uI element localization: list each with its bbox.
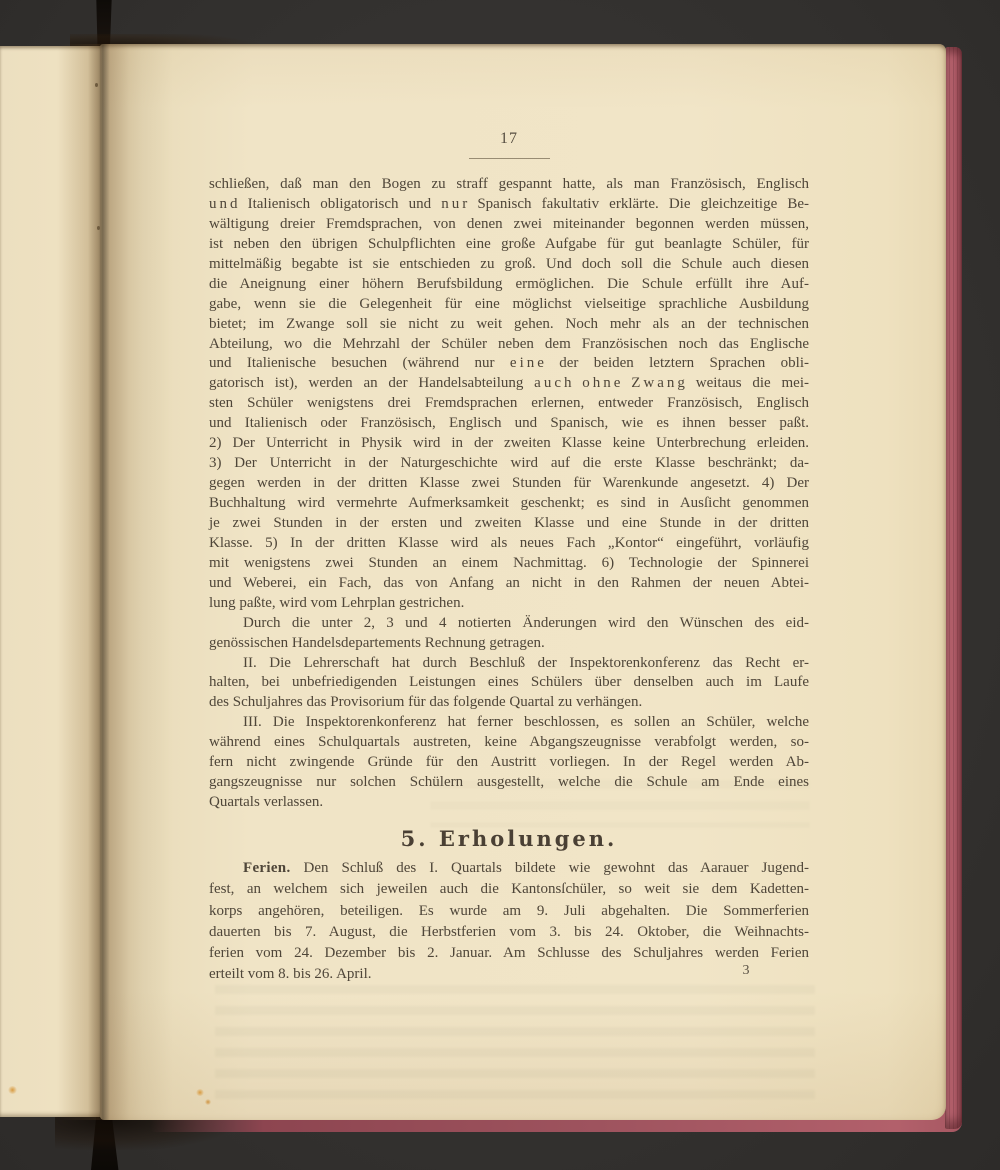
left-page-text-fragment: a bbox=[0, 942, 5, 959]
left-page-text-fragment: e bbox=[0, 879, 5, 896]
page-number-rule bbox=[469, 158, 550, 159]
text-line: II. Die Lehrerschaft hat durch Beschluß … bbox=[209, 654, 809, 674]
ferien-lead-word: Ferien. bbox=[243, 860, 291, 876]
text-line: gangszeugnisse nur solchen Schülern ausg… bbox=[209, 773, 809, 793]
text-line: fern nicht zwingende Gründe für den Aust… bbox=[209, 753, 809, 773]
text-line: mittelmäßig begabte ist sie entschieden … bbox=[209, 255, 809, 275]
text-line: 2) Der Unterricht in Physik wird in der … bbox=[209, 434, 809, 454]
text-line: ist neben den übrigen Schulpflichten ein… bbox=[209, 235, 809, 255]
page-number: 17 bbox=[209, 130, 809, 148]
left-page-text-fragment: t bbox=[0, 963, 5, 980]
text-line: schließen, daß man den Bogen zu straff g… bbox=[209, 175, 809, 195]
book-scan-photo: 17 schließen, daß man den Bogen zu straf… bbox=[0, 0, 1000, 1170]
text-line: die Aneignung einer höhern Berufsbildung… bbox=[209, 275, 809, 295]
text-line: des Schuljahres das Provisorium für das … bbox=[209, 693, 809, 713]
text-line: Durch die unter 2, 3 und 4 notierten Änd… bbox=[209, 614, 809, 634]
text-line: gatorisch ist), werden an der Handelsabt… bbox=[209, 374, 809, 394]
text-line: Ferien. Den Schluß des I. Quartals bilde… bbox=[209, 858, 809, 879]
main-text-block: schließen, daß man den Bogen zu straff g… bbox=[209, 175, 809, 813]
text-line: je zwei Stunden in der ersten und zweite… bbox=[209, 514, 809, 534]
text-line: Quartals verlassen. bbox=[209, 793, 809, 813]
text-line: und Italienisch oder Französisch, Englis… bbox=[209, 414, 809, 434]
left-page-text-fragment: i bbox=[0, 900, 5, 917]
text-line: III. Die Inspektorenkonferenz hat ferner… bbox=[209, 713, 809, 733]
text-line: bietet; im Zwange soll sie nicht zu weit… bbox=[209, 315, 809, 335]
text-line: gabe, wenn sie die Gelegenheit für eine … bbox=[209, 295, 809, 315]
text-line: halten, bei unbefriedigenden Leistungen … bbox=[209, 673, 809, 693]
text-line: Klasse. 5) In der dritten Klasse wird al… bbox=[209, 534, 809, 554]
text-line: und Weberei, ein Fach, das von Anfang an… bbox=[209, 574, 809, 594]
text-line: korps angehören, beteiligen. Es wurde am… bbox=[209, 901, 809, 922]
text-line: während eines Schulquartals austreten, k… bbox=[209, 733, 809, 753]
text-line: Buchhaltung wird vermehrte Aufmerksamkei… bbox=[209, 494, 809, 514]
text-line: Abteilung, wo die Mehrzahl der Schüler n… bbox=[209, 335, 809, 355]
text-line: sten Schüler wenigstens drei Fremdsprach… bbox=[209, 394, 809, 414]
text-line: mit wenigstens zwei Stunden an einem Nac… bbox=[209, 554, 809, 574]
section-heading: 5. Erholungen. bbox=[209, 826, 809, 851]
text-line: 3) Der Unterricht in der Naturgeschichte… bbox=[209, 454, 809, 474]
text-line: erteilt vom 8. bis 26. April. bbox=[209, 964, 809, 985]
text-line: und Italienische besuchen (während nur e… bbox=[209, 354, 809, 374]
text-line: fest, an welchem sich jeweilen auch die … bbox=[209, 879, 809, 900]
text-line: dauerten bis 7. August, die Herbstferien… bbox=[209, 922, 809, 943]
text-line: u n d Italienisch obligatorisch und n u … bbox=[209, 195, 809, 215]
left-page-text-fragment: l bbox=[0, 921, 5, 938]
signature-mark: 3 bbox=[736, 963, 756, 979]
text-line: wältigung dreier Fremdsprachen, von dene… bbox=[209, 215, 809, 235]
text-line: genössischen Handelsdepartements Rechnun… bbox=[209, 634, 809, 654]
text-line: lung paßte, wird vom Lehrplan gestrichen… bbox=[209, 594, 809, 614]
ferien-paragraph: Ferien. Den Schluß des I. Quartals bilde… bbox=[209, 858, 809, 986]
text-line: gegen werden in der dritten Klasse zwei … bbox=[209, 474, 809, 494]
page-content: 17 schließen, daß man den Bogen zu straf… bbox=[0, 0, 1000, 1170]
text-line: ferien vom 24. Dezember bis 2. Januar. A… bbox=[209, 943, 809, 964]
